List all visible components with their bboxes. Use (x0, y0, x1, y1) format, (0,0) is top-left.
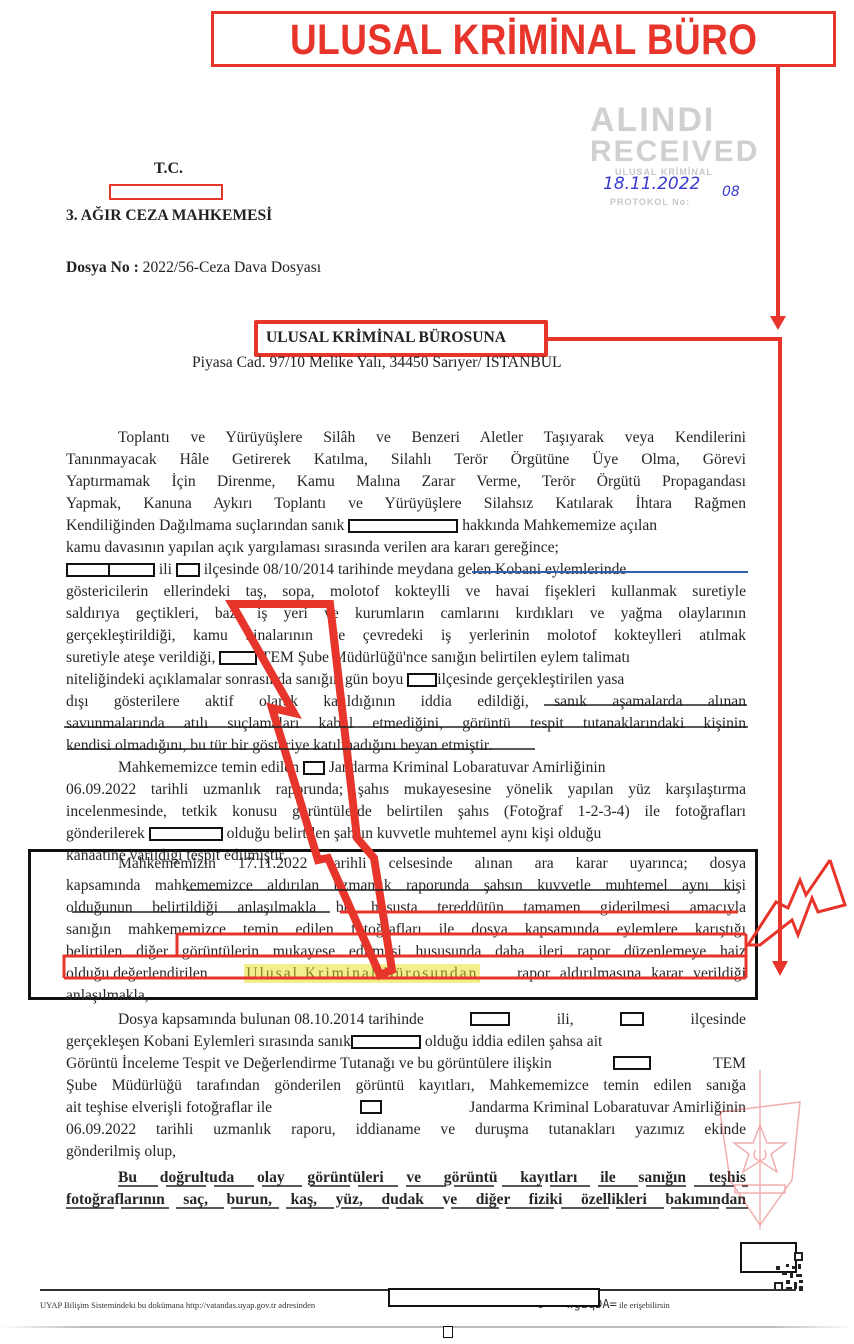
court-name: 3. AĞIR CEZA MAHKEMESİ (66, 207, 272, 225)
redaction-box (149, 827, 223, 841)
redaction-box (407, 673, 437, 687)
body-line: 06.09.2022 tarihli uzmanlık raporu, iddi… (66, 1120, 746, 1139)
redaction-box (66, 563, 113, 577)
stamp-big-text: ALINDIRECEIVED (590, 105, 759, 167)
redaction-box (303, 761, 325, 775)
body-line: Yapmak, Kanuna Aykırı Toplantı ve Yürüyü… (66, 494, 746, 513)
tc-header: T.C. (154, 160, 183, 178)
body-line: niteliğindeki açıklamalar sonrasında san… (66, 670, 624, 689)
body-line: incelenmesinde, tetkik konusu görüntüler… (66, 802, 746, 821)
body-line: gönderilerek olduğu belirtilen şahsın ku… (66, 824, 601, 843)
redaction-box (108, 563, 155, 577)
redaction-box (360, 1100, 382, 1114)
body-line: olduğunun belirtildiği anlaşılmakla bu h… (66, 898, 746, 917)
redaction-box (470, 1012, 510, 1026)
redaction-box (219, 651, 257, 665)
stamp-protocol-no: 08 (722, 184, 740, 200)
body-line: suretiyle ateşe verildiği, TEM Şube Müdü… (66, 648, 630, 667)
annotation-banner: ULUSAL KRİMİNAL BÜRO (211, 11, 836, 67)
body-line: Şube Müdürlüğü tarafından gönderilen gör… (66, 1076, 746, 1095)
body-line: olduğu değerlendirilen Ulusal Kriminal B… (66, 964, 746, 983)
body-line: anlaşılmakla, (66, 986, 149, 1005)
body-line: kamu davasının yapılan açık yargılaması … (66, 538, 559, 557)
redaction-box (351, 1035, 421, 1049)
body-line: savunmalarında atılı suçlamaları kabul e… (66, 714, 746, 733)
body-line: ait teşhise elverişli fotoğraflar ileJan… (66, 1098, 746, 1117)
body-line: belirtilen diğer görüntülerin mukayese e… (66, 942, 746, 961)
scrollbar-track[interactable] (0, 1326, 854, 1328)
body-line: Görüntü İnceleme Tespit ve Değerlendirme… (66, 1054, 746, 1073)
body-line: göstericilerin ellerindeki taş, sopa, mo… (66, 582, 746, 601)
body-line: Yaptırmamak İçin Direnme, Kamu Malına Za… (66, 472, 746, 491)
body-line: kendisi olmadığını, bu tür bir gösteriye… (66, 736, 492, 755)
highlighted-bureau-name: Ulusal Kriminal Bürosundan (244, 964, 480, 983)
body-line: kapsamında mahkememizce aldırılan uzmanl… (66, 876, 746, 895)
body-line: saldırıya geçtikleri, bazı iş yeri ve ku… (66, 604, 746, 623)
recipient-highlight-box (254, 320, 548, 357)
case-number-value: 2022/56-Ceza Dava Dosyası (139, 259, 321, 276)
received-stamp: ALINDIRECEIVED ULUSAL KRİMİNAL PROTOKOL … (575, 100, 785, 215)
body-line: Tanınmayacak Hâle Getirerek Katılma, Sil… (66, 450, 746, 469)
body-line: ili ilçesinde 08/10/2014 tarihinde meyda… (108, 560, 626, 579)
body-line: Toplantı ve Yürüyüşlere Silâh ve Benzeri… (118, 428, 746, 447)
case-number-label: Dosya No : (66, 259, 139, 276)
stamp-date: 18.11.2022 (603, 174, 700, 194)
redacted-city-box (109, 184, 223, 200)
redaction-box (620, 1012, 644, 1026)
stamp-protocol-label: PROTOKOL No: (610, 197, 690, 207)
document-page: ULUSAL KRİMİNAL BÜRO T.C. 3. AĞIR CEZA M… (0, 0, 854, 1344)
banner-title: ULUSAL KRİMİNAL BÜRO (290, 14, 757, 66)
body-line: Kendiliğinden Dağılmama suçlarından sanı… (66, 516, 657, 535)
redaction-box (613, 1056, 651, 1070)
body-line: 06.09.2022 tarihli uzmanlık raporunda; ş… (66, 780, 746, 799)
body-line: dışı gösterilere aktif olarak katıldığın… (66, 692, 746, 711)
body-line: gerçekleşen Kobani Eylemleri sırasında s… (66, 1032, 602, 1051)
scrollbar-handle[interactable] (443, 1326, 453, 1338)
redaction-box (348, 519, 458, 533)
recipient-address: Piyasa Cad. 97/10 Melike Yalı, 34450 Sar… (192, 354, 562, 372)
qr-code-icon (774, 1252, 804, 1292)
body-line: Bu doğrultuda olay görüntüleri ve görünt… (118, 1168, 746, 1187)
redaction-box (176, 563, 200, 577)
redaction-box (388, 1288, 600, 1307)
body-line: Dosya kapsamında bulunan 08.10.2014 tari… (118, 1010, 746, 1029)
body-line: sanığın mahkememizce temin edilen fotoğr… (66, 920, 746, 939)
body-line: gönderilmiş olup, (66, 1142, 176, 1161)
body-line: Mahkememizce temin edilen Jandarma Krimi… (118, 758, 606, 777)
body-line: Mahkememizin 17.11.2022 tarihli celsesin… (118, 854, 746, 873)
body-line: gerçekleştirildiği, kamu binalarının ve … (66, 626, 746, 645)
case-number: Dosya No : 2022/56-Ceza Dava Dosyası (66, 259, 321, 277)
body-line: fotoğraflarının saç, burun, kaş, yüz, du… (66, 1190, 746, 1209)
